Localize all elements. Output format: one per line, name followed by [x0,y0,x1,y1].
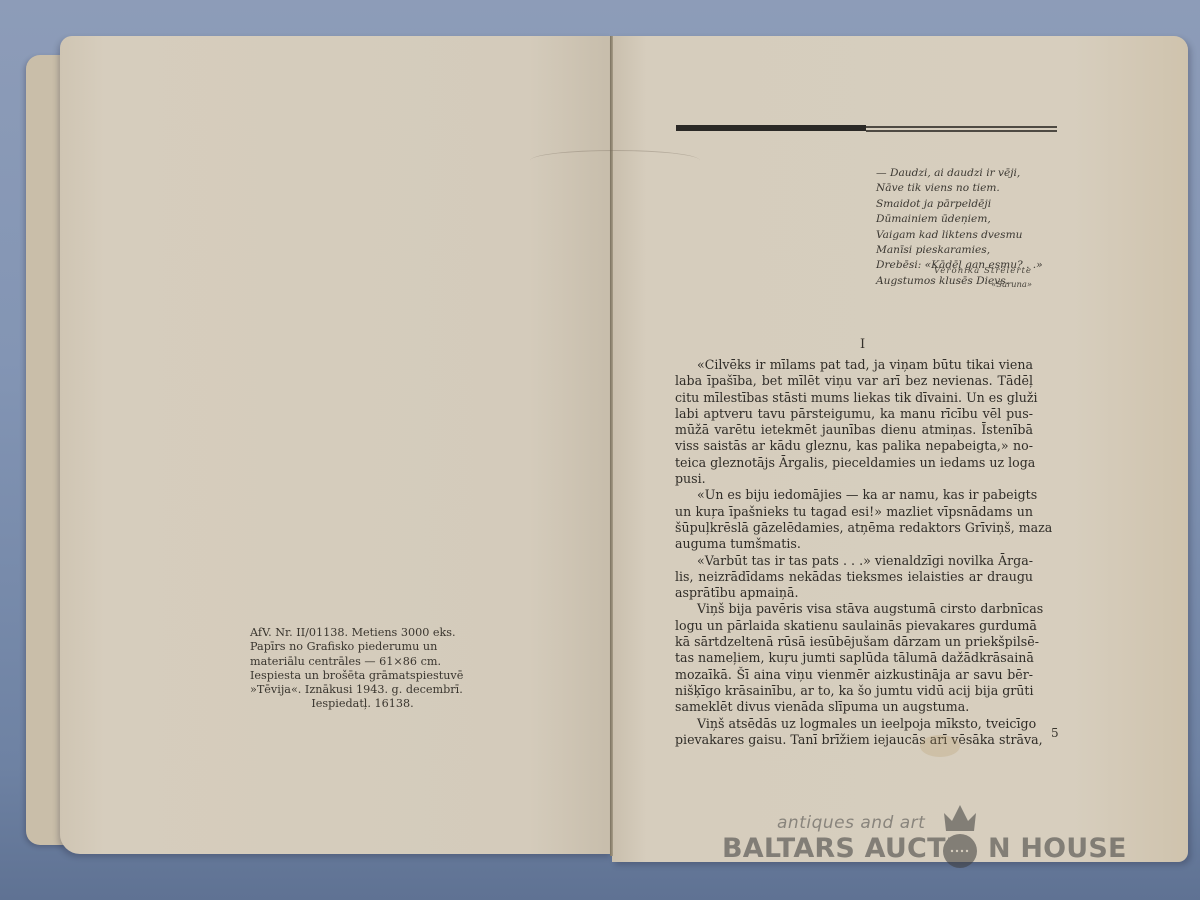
text-line: laba īpašība, bet mīlēt viņu var arī bez… [675,373,1033,389]
epigraph-line: Manīsi pieskaramies, [876,243,1046,258]
auction-watermark: antiques and art BALTARS AUCTIN HOUSE [722,813,1122,873]
text-line: «Varbūt tas ir tas pats . . .» vienaldzī… [675,553,1033,569]
body-text: «Cilvēks ir mīlams pat tad, ja viņam būt… [675,357,1033,748]
watermark-name: BALTARS AUCTIN HOUSE [722,833,1127,864]
text-line: teica gleznotājs Ārgalis, pieceldamies u… [675,455,1033,471]
imprint-line: »Tēvija«. Iznākusi 1943. g. decembrī. [250,683,475,697]
text-line: un kuŗa īpašnieks tu tagad esi!» mazliet… [675,504,1033,520]
imprint-line: materiālu centrāles — 61×86 cm. [250,655,475,669]
text-line: viss saistās ar kādu gleznu, kas palika … [675,438,1033,454]
text-line: labi aptveru tavu pārsteigumu, ka manu r… [675,406,1033,422]
chapter-number: I [860,337,865,352]
text-line: pusi. [675,471,1033,487]
text-line: lis, neizrādīdams nekādas tieksmes ielai… [675,569,1033,585]
open-book: AfV. Nr. II/01138. Metiens 3000 eks. Pap… [0,0,1200,900]
crown-orb-icon [940,805,980,869]
imprint-line: AfV. Nr. II/01138. Metiens 3000 eks. [250,626,475,640]
text-line: auguma tumšmatis. [675,536,1033,552]
epigraph-line: — Daudzi, ai daudzi ir vēji, [876,166,1046,181]
imprint-line: Iespiedatļ. 16138. [250,697,475,711]
epigraph-work: «Saruna» [960,279,1032,289]
text-line: logu un pārlaida skatienu saulainās piev… [675,618,1033,634]
decorative-rule [676,125,1057,134]
paper-crease [530,150,700,171]
epigraph-line: Nāve tik viens no tiem. [876,181,1046,196]
page-number: 5 [1051,726,1059,740]
text-line: tas nameļiem, kuŗu jumti saplūda tālumā … [675,650,1033,666]
watermark-tagline: antiques and art [777,813,925,833]
left-page [60,36,612,854]
epigraph-author: Veronika Strēlerte [900,266,1032,276]
imprint-line: Iespiesta un brošēta grāmatspiestuvē [250,669,475,683]
epigraph-line: Dūmainiem ūdeņiem, [876,212,1046,227]
text-line: šūpuļkrēslā gāzelēdamies, atņēma redakto… [675,520,1033,536]
text-line: asprātību apmaiņā. [675,585,1033,601]
text-line: mozaīkā. Šī aina viņu vienmēr aizkustinā… [675,667,1033,683]
text-line: pievakares gaisu. Tanī brīžiem iejaucās … [675,732,1033,748]
text-line: Viņš bija pavēris visa stāva augstumā ci… [675,601,1033,617]
text-line: «Cilvēks ir mīlams pat tad, ja viņam būt… [675,357,1033,373]
epigraph-line: Vaigam kad liktens dvesmu [876,228,1046,243]
text-line: citu mīlestības stāsti mums liekas tik d… [675,390,1033,406]
text-line: «Un es biju iedomājies — ka ar namu, kas… [675,487,1033,503]
text-line: kā sārtdzeltenā rūsā iesūbējušam dārzam … [675,634,1033,650]
text-line: mūžā varētu ietekmēt jaunības dienu atmi… [675,422,1033,438]
text-line: sameklēt divus vienāda slīpuma un augstu… [675,699,1033,715]
epigraph-line: Smaidot ja pārpeldēji [876,197,1046,212]
printing-imprint: AfV. Nr. II/01138. Metiens 3000 eks. Pap… [250,626,475,712]
paper-stain [920,735,960,757]
text-line: nišķīgo krāsainību, ar to, ka šo jumtu v… [675,683,1033,699]
text-line: Viņš atsēdās uz logmales un ieelpoja mīk… [675,716,1033,732]
imprint-line: Papīrs no Grafisko piederumu un [250,640,475,654]
